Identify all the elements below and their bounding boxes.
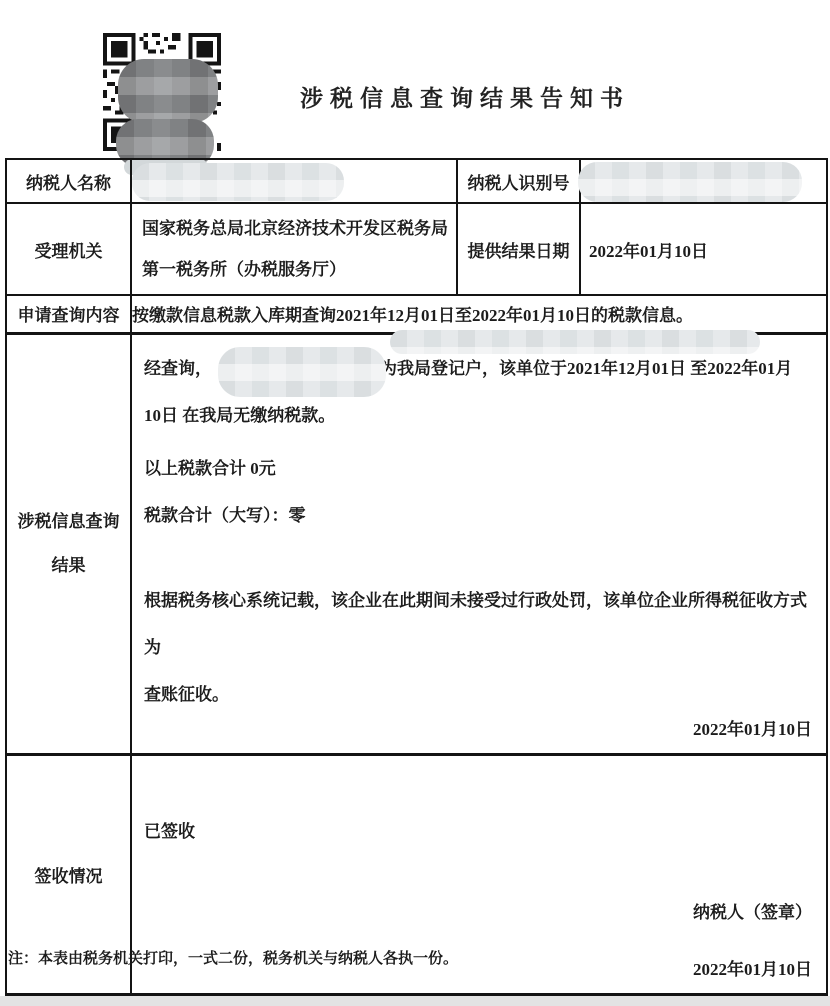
sign-status: 已签收 [144,808,812,855]
redacted-taxpayer-id [578,162,802,202]
result-paragraph-2: 以上税款合计 0元 [144,445,812,492]
authority-value: 国家税务总局北京经济技术开发区税务局 第一税务所（办税服务厅） [131,203,457,295]
authority-label: 受理机关 [6,203,131,295]
result-label-line1: 涉税信息查询 [7,500,130,544]
row-result: 涉税信息查询 结果 经查询，为我局登记户，该单位于2021年12月01日 至20… [6,333,827,754]
row-query-content: 申请查询内容 按缴款信息税款入库期查询2021年12月01日至2022年01月1… [6,295,827,333]
redacted-smudge-band [390,330,760,354]
taxpayer-name-label: 纳税人名称 [6,159,131,203]
result-label-line2: 结果 [7,544,130,588]
result-paragraph-4: 根据税务核心系统记载，该企业在此期间未接受过行政处罚，该单位企业所得税征收方式为… [144,577,812,718]
redacted-taxpayer-name [132,163,344,201]
result-p1-prefix: 经查询， [144,359,212,378]
document-table: 纳税人名称 纳税人识别号 受理机关 国家税务总局北京经济技术开发区税务局 第一税… [5,158,828,996]
query-content-value: 按缴款信息税款入库期查询2021年12月01日至2022年01月10日的税款信息… [131,295,827,333]
authority-line1: 国家税务总局北京经济技术开发区税务局 [142,208,456,249]
authority-line2: 第一税务所（办税服务厅） [142,249,456,290]
result-label: 涉税信息查询 结果 [6,333,131,754]
sign-signer: 纳税人（签章） [144,889,812,936]
taxpayer-id-label: 纳税人识别号 [457,159,580,203]
footer-note: 注：本表由税务机关打印，一式二份，税务机关与纳税人各执一份。 [8,947,458,968]
document-page: 涉税信息查询结果告知书 纳税人名称 纳税人识别号 受理机关 国家税务总局北京经济… [0,0,830,1006]
row-authority: 受理机关 国家税务总局北京经济技术开发区税务局 第一税务所（办税服务厅） 提供结… [6,203,827,295]
result-date-value: 2022年01月10日 [580,203,827,295]
bottom-bar [0,996,830,1006]
query-content-label: 申请查询内容 [6,295,131,333]
result-paragraph-3: 税款合计（大写）：零 [144,492,812,539]
page-title: 涉税信息查询结果告知书 [100,80,830,113]
redacted-company-name [218,347,386,397]
result-date: 2022年01月10日 [144,706,812,753]
result-date-label: 提供结果日期 [457,203,580,295]
